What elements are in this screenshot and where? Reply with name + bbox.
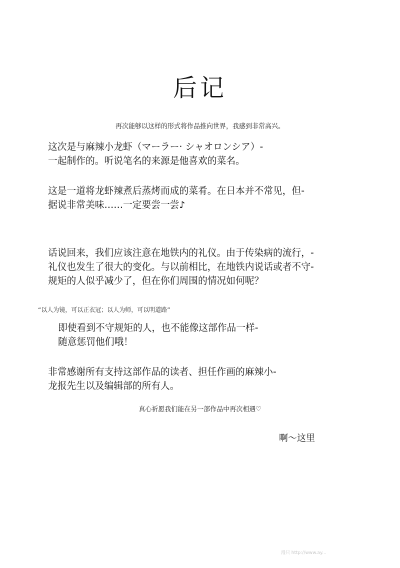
paragraph-dish: 这是一道将龙虾辣煮后蒸烤而成的菜肴。在日本并不常见，但- 据说非常美味……一定要…	[48, 185, 305, 213]
paragraph-line: 即使看到不守规矩的人，也不能像这部作品一样-	[58, 322, 258, 336]
intro-line: 再次能够以这样的形式将作品推向世界，我感到非常高兴。	[0, 121, 400, 130]
quote-line: “以人为镜，可以正衣冠；以人为师，可以明道路”	[38, 305, 170, 314]
paragraph-line: 龙报先生以及编辑部的所有人。	[48, 380, 276, 394]
paragraph-warning: 即使看到不守规矩的人，也不能像这部作品一样- 随意惩罚他们哦！	[58, 322, 258, 350]
paragraph-collaboration: 这次是与麻辣小龙虾（マーラー· シャオロンシア）- 一起制作的。听说笔名的来源是…	[48, 141, 263, 169]
paragraph-line: 一起制作的。听说笔名的来源是他喜欢的菜名。	[48, 155, 263, 169]
paragraph-line: 规矩的人似乎减少了，但在你们周围的情况如何呢？	[48, 275, 314, 289]
closing-wish: 真心祈愿我们能在另一部作品中再次相遇♡	[0, 404, 400, 413]
page-title: 后记	[0, 68, 400, 103]
paragraph-subway-manners: 话说回来，我们应该注意在地铁内的礼仪。由于传染病的流行，- 礼仪也发生了很大的变…	[48, 247, 314, 289]
watermark: 漫只 http://www.ay...	[281, 550, 326, 556]
afterword-page: 后记 再次能够以这样的形式将作品推向世界，我感到非常高兴。 这次是与麻辣小龙虾（…	[0, 0, 400, 568]
author-signature: 啊～这里	[279, 431, 315, 444]
paragraph-line: 这是一道将龙虾辣煮后蒸烤而成的菜肴。在日本并不常见，但-	[48, 185, 305, 199]
paragraph-line: 据说非常美味……一定要尝一尝♪	[48, 199, 305, 213]
paragraph-thanks: 非常感谢所有支持这部作品的读者、担任作画的麻辣小- 龙报先生以及编辑部的所有人。	[48, 366, 276, 394]
paragraph-line: 这次是与麻辣小龙虾（マーラー· シャオロンシア）-	[48, 141, 263, 155]
paragraph-line: 非常感谢所有支持这部作品的读者、担任作画的麻辣小-	[48, 366, 276, 380]
paragraph-line: 话说回来，我们应该注意在地铁内的礼仪。由于传染病的流行，-	[48, 247, 314, 261]
paragraph-line: 随意惩罚他们哦！	[58, 336, 258, 350]
paragraph-line: 礼仪也发生了很大的变化。与以前相比，在地铁内说话或者不守-	[48, 261, 314, 275]
